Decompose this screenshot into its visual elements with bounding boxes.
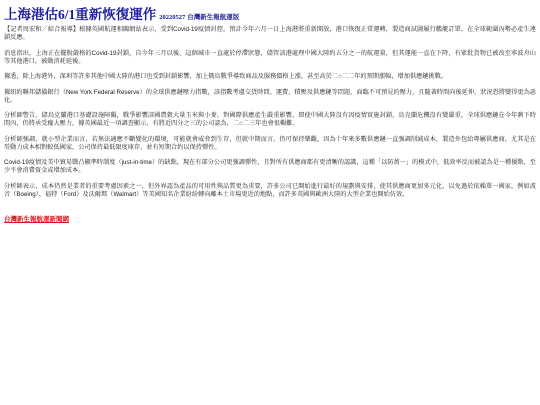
source-tag: 台灣新生報航運版 [187,12,239,21]
article-body: 【記者周宏和／綜合報導】根據英國航運相關網站表示，受到Covid-19疫情封控，… [4,26,536,199]
source-news-link[interactable]: 台灣新生報航運新聞網 [4,214,69,223]
paragraph-just-in-time: Covid-19疫情及美中貿易戰凸顯準時制度（just-in-time）的缺點，… [4,159,536,175]
paragraph-ukraine: 分析師警告，儘烏克蘭港口基礎設施障礙，戰爭影響該國農穀大量玉米與小麥，對國際供應… [4,112,536,128]
paragraph-other-ports: 據悉，除上海港外，深圳等許多其他中國大陸的港口也受到封鎖影響，加上俄烏戰爭導致商… [4,73,536,81]
paragraph-pressure-index: 據紐約聯邦儲備銀行（New York Federal Reserve）的全球供應… [4,89,536,105]
title-row: 上海港估6/1重新恢復運作 20220527 台灣新生報航運版 [4,3,536,23]
article-date: 20220527 [159,14,185,21]
paragraph-shanghai-lockdown: 消息指出，上海正在擺脫嚴格的Covid-19封鎖，自今年三月以後，這個城市一直處… [4,50,536,66]
paragraph-diversification: 分析師表示，成本仍然是業者的重要考慮因素之一，但外界認為產品的可用性與品質更為重… [4,183,536,199]
article-page: 上海港估6/1重新恢復運作 20220527 台灣新生報航運版 【記者周宏和／綜… [0,0,540,225]
paragraph-small-business: 分析師強調，就小型企業而言，若無法適應不斷變化的環境，可能就會威脅到生存，但就中… [4,136,536,152]
headline: 上海港估6/1重新恢復運作 [4,3,156,23]
paragraph-intro: 【記者周宏和／綜合報導】根據英國航運相關網站表示，受到Covid-19疫情封控，… [4,26,536,42]
